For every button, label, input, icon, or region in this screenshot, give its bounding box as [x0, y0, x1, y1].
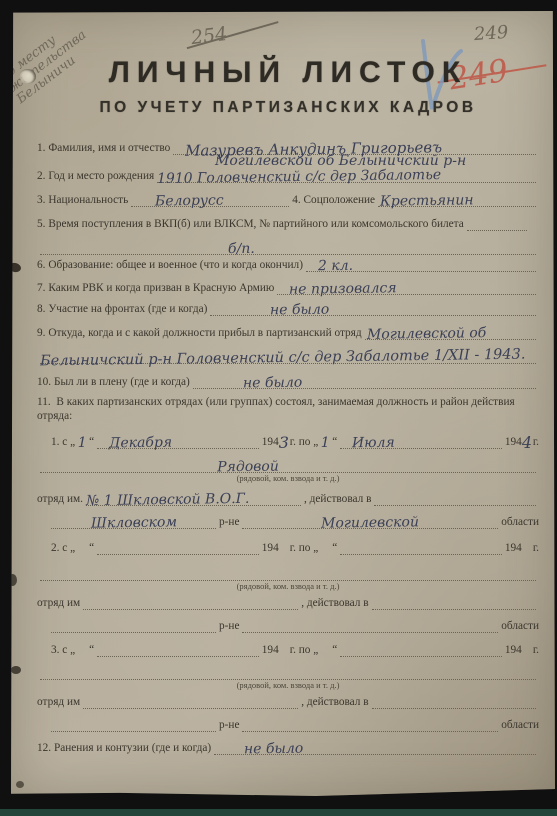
year-prefix: 194	[505, 541, 522, 555]
region-label: области	[501, 718, 539, 732]
acted-line	[372, 595, 536, 610]
field-birth-line: 1910 Головченский с/с дер Забалотье	[157, 168, 536, 183]
year-suffix: г.	[533, 435, 539, 449]
entry3-dates-row: 3. с „“ 194 г. по „“ 194 г.	[51, 643, 539, 657]
field-nationality-line: Белорусс	[131, 192, 289, 207]
field-fronts-label: Участие на фронтах (где и когда)	[48, 302, 207, 316]
handwritten-from-day: 1	[75, 437, 89, 449]
year-to-label: г. по	[290, 541, 311, 555]
field-birth-row: 2. Год и место рождения 1910 Головченски…	[37, 169, 539, 183]
field-number: 8.	[37, 302, 45, 316]
open-quote: „	[70, 541, 75, 555]
close-quote: “	[332, 541, 337, 555]
field-detachments-heading: 11. В каких партизанских отрядах (или гр…	[37, 395, 539, 423]
field-birth-label: Год и место рождения	[48, 169, 154, 183]
field-captivity-row: 10. Был ли в плену (где и когда) не было	[37, 375, 539, 389]
field-number: 12.	[37, 741, 51, 755]
handwritten-from-month: Декабря	[109, 436, 172, 451]
field-detachments-label: В каких партизанских отрядах (или группа…	[37, 396, 515, 422]
field-education-label: Образование: общее и военное (что и когд…	[48, 258, 303, 272]
interline-note-row: Могилевской об Белыничский р-н	[215, 155, 539, 167]
scan-bottom-strip	[0, 809, 557, 816]
entry1-role-row: Рядовой	[37, 459, 539, 473]
handwritten-to-month: Июля	[352, 436, 395, 451]
close-quote: “	[89, 541, 94, 555]
entry-prefix: 2. с	[51, 541, 67, 555]
handwritten-birth: 1910 Головченский с/с дер Забалотье	[157, 168, 441, 186]
handwritten-origin: Могилевской об	[367, 326, 486, 342]
district-line	[51, 717, 216, 732]
field-rvk-line: не призовался	[277, 280, 536, 295]
unit-line	[83, 694, 298, 709]
field-number: 10.	[37, 375, 51, 389]
form-body: 1. Фамилия, имя и отчество Мазуревъ Анку…	[37, 141, 539, 755]
field-nationality-row: 3. Национальность Белорусс 4. Соцположен…	[37, 193, 539, 207]
handwritten-wounds: не было	[244, 742, 303, 757]
field-number: 9.	[37, 326, 45, 340]
district-label: р-не	[219, 515, 239, 529]
from-month-line: Декабря	[97, 434, 259, 449]
region-line	[242, 717, 498, 732]
field-fronts-line: не было	[210, 301, 536, 316]
close-quote: “	[332, 435, 337, 449]
handwritten-nationality: Белорусс	[155, 194, 224, 209]
handwritten-party: б/п.	[228, 242, 255, 256]
handwritten-to-day: 1	[318, 437, 332, 449]
year-prefix: 194	[262, 643, 279, 657]
role-line	[40, 566, 536, 581]
handwritten-to-year: 4	[522, 437, 533, 449]
entry2-dates-row: 2. с „“ 194 г. по „“ 194 г.	[51, 541, 539, 555]
field-wounds-row: 12. Ранения и контузии (где и когда) не …	[37, 741, 539, 755]
paper-sheet: по месту жительства Белыничи 254 249 249…	[11, 11, 555, 800]
unit-label: отряд им	[37, 596, 80, 610]
field-number: 4.	[292, 193, 300, 207]
field-education-row: 6. Образование: общее и военное (что и к…	[37, 258, 539, 272]
handwritten-role: Рядовой	[217, 460, 279, 475]
field-rvk-row: 7. Каким РВК и когда призван в Красную А…	[37, 281, 539, 295]
handwritten-fronts: не было	[270, 303, 329, 318]
year-to-label: г. по	[290, 435, 311, 449]
ink-smudge	[16, 781, 24, 788]
handwritten-rvk: не призовался	[289, 281, 397, 297]
district-line	[51, 618, 216, 633]
field-nationality-label: Национальность	[48, 193, 128, 207]
unit-line	[83, 595, 298, 610]
field-number: 1.	[37, 141, 45, 155]
year-to-label: г. по	[290, 643, 311, 657]
entry2-role-row	[37, 567, 539, 581]
region-line: Могилевской	[242, 514, 498, 529]
open-quote: „	[70, 643, 75, 657]
field-party-row2: б/п.	[37, 241, 539, 255]
open-quote: „	[313, 643, 318, 657]
role-caption: (рядовой, ком. взвода и т. д.)	[37, 473, 539, 483]
page-subtitle: ПО УЧЕТУ ПАРТИЗАНСКИХ КАДРОВ	[37, 99, 539, 117]
close-quote: “	[332, 643, 337, 657]
district-label: р-не	[219, 619, 239, 633]
handwritten-unit: № 1 Шкловской В.О.Г.	[86, 492, 250, 508]
scanned-document-page: { "doc": { "title": "ЛИЧНЫЙ ЛИСТОК", "su…	[0, 0, 557, 816]
handwritten-origin2: Белыничский р-н Головченский с/с дер Заб…	[40, 348, 526, 369]
field-wounds-line: не было	[214, 740, 536, 755]
handwritten-education: 2 кл.	[318, 259, 353, 273]
entry3-unit-row: отряд им , действовал в	[37, 695, 539, 709]
entry-prefix: 1. с	[51, 435, 67, 449]
acted-label: , действовал в	[301, 596, 368, 610]
field-origin-line2: Белыничский р-н Головченский с/с дер Заб…	[40, 349, 536, 364]
role-caption: (рядовой, ком. взвода и т. д.)	[37, 680, 539, 690]
unit-label: отряд им.	[37, 492, 83, 506]
acted-line	[372, 694, 536, 709]
handwritten-social: Крестьянин	[380, 193, 474, 208]
unit-line: № 1 Шкловской В.О.Г.	[86, 491, 301, 506]
year-prefix: 194	[505, 643, 522, 657]
entry-prefix: 3. с	[51, 643, 67, 657]
close-quote: “	[89, 435, 94, 449]
field-origin-line: Могилевской об	[365, 325, 536, 340]
field-number: 7.	[37, 281, 45, 295]
handwritten-captivity: не было	[243, 376, 302, 391]
region-label: области	[501, 619, 539, 633]
field-number: 6.	[37, 258, 45, 272]
field-party-row: 5. Время поступления в ВКП(б) или ВЛКСМ,…	[37, 217, 539, 231]
field-social-label: Соцположение	[304, 193, 376, 207]
field-number: 11.	[37, 396, 51, 408]
role-line: Рядовой	[40, 458, 536, 473]
unit-label: отряд им	[37, 695, 80, 709]
field-wounds-label: Ранения и контузии (где и когда)	[54, 741, 211, 755]
entry1-dates-row: 1. с „1“ Декабря 1943 г. по „1“ Июля 194…	[51, 435, 539, 449]
year-prefix: 194	[505, 435, 522, 449]
to-month-line	[340, 642, 502, 657]
entry3-role-row	[37, 666, 539, 680]
field-social-line: Крестьянин	[378, 192, 536, 207]
region-line	[242, 618, 498, 633]
district-label: р-не	[219, 718, 239, 732]
field-captivity-line: не было	[193, 374, 536, 389]
acted-line	[374, 491, 536, 506]
field-number: 5.	[37, 217, 45, 231]
field-party-label: Время поступления в ВКП(б) или ВЛКСМ, № …	[48, 217, 463, 231]
entry1-district-row: Шкловском р-не Могилевской области	[37, 515, 539, 529]
year-prefix: 194	[262, 435, 279, 449]
field-fronts-row: 8. Участие на фронтах (где и когда) не б…	[37, 302, 539, 316]
handwritten-from-year: 3	[279, 437, 290, 449]
year-suffix: г.	[533, 541, 539, 555]
field-number: 2.	[37, 169, 45, 183]
to-month-line: Июля	[340, 434, 502, 449]
role-line	[40, 665, 536, 680]
field-party-line2: б/п.	[40, 240, 536, 255]
field-number: 3.	[37, 193, 45, 207]
field-origin-row: 9. Откуда, когда и с какой должности при…	[37, 326, 539, 340]
to-month-line	[340, 540, 502, 555]
entry2-district-row: р-не области	[37, 619, 539, 633]
close-quote: “	[89, 643, 94, 657]
acted-label: , действовал в	[304, 492, 371, 506]
entry2-unit-row: отряд им , действовал в	[37, 596, 539, 610]
field-origin-label: Откуда, когда и с какой должности прибыл…	[48, 326, 361, 340]
form-content: ЛИЧНЫЙ ЛИСТОК ПО УЧЕТУ ПАРТИЗАНСКИХ КАДР…	[11, 11, 555, 755]
year-suffix: г.	[533, 643, 539, 657]
field-surname-label: Фамилия, имя и отчество	[48, 141, 170, 155]
handwritten-district: Шкловском	[90, 515, 176, 530]
from-month-line	[97, 540, 259, 555]
region-label: области	[501, 515, 539, 529]
field-origin-row2: Белыничский р-н Головченский с/с дер Заб…	[37, 350, 539, 364]
handwritten-region-note: Могилевской об Белыничский р-н	[215, 155, 466, 167]
entry1-unit-row: отряд им. № 1 Шкловской В.О.Г. , действо…	[37, 492, 539, 506]
role-caption: (рядовой, ком. взвода и т. д.)	[37, 581, 539, 591]
year-prefix: 194	[262, 541, 279, 555]
open-quote: „	[313, 541, 318, 555]
acted-label: , действовал в	[301, 695, 368, 709]
field-rvk-label: Каким РВК и когда призван в Красную Арми…	[48, 281, 274, 295]
field-captivity-label: Был ли в плену (где и когда)	[54, 375, 190, 389]
from-month-line	[97, 642, 259, 657]
page-title: ЛИЧНЫЙ ЛИСТОК	[37, 57, 539, 89]
field-party-line	[467, 216, 527, 231]
district-line: Шкловском	[51, 514, 216, 529]
field-education-line: 2 кл.	[306, 257, 536, 272]
handwritten-region: Могилевской	[321, 515, 419, 530]
entry3-district-row: р-не области	[37, 718, 539, 732]
